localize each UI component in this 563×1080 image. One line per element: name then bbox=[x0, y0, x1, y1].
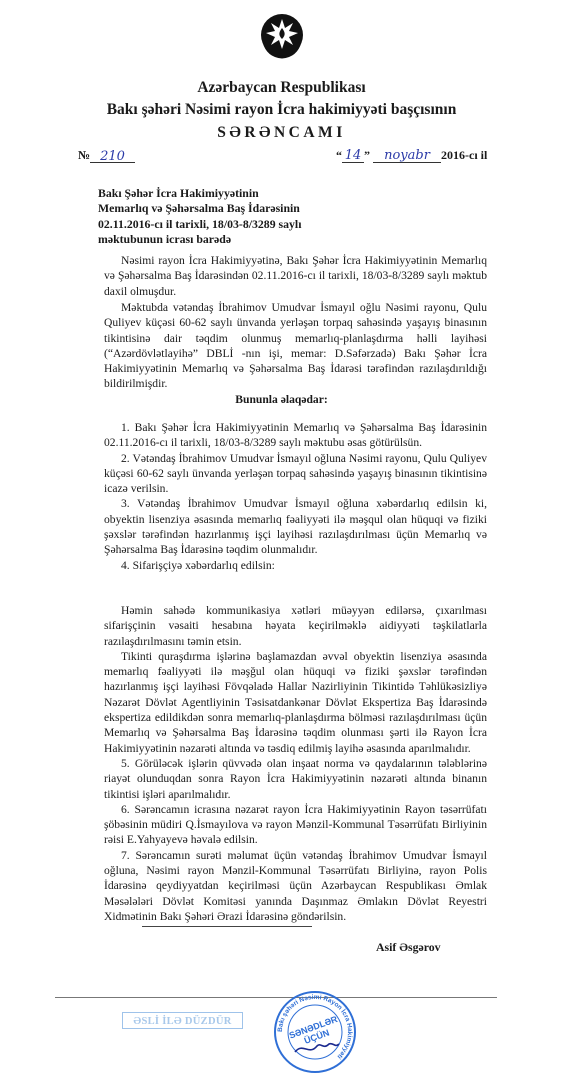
date-day: 14 bbox=[345, 148, 362, 163]
intro-paragraph: Nəsimi rayon İcra Hakimiyyətinə, Bakı Şə… bbox=[104, 253, 487, 299]
date-month: noyabr bbox=[384, 148, 430, 163]
signer-name: Asif Əsgərov bbox=[376, 940, 441, 955]
resolution-item: 5. Görüləcək işlərin qüvvədə olan inşaat… bbox=[104, 756, 487, 802]
letter-summary-section: Məktubda vətəndaş İbrahimov Umudvar İsma… bbox=[104, 300, 487, 392]
resolution-item: Tikinti quraşdırma işlərinə başlamazdan … bbox=[104, 649, 487, 756]
certified-copy-stamp: ƏSLİ İLƏ DÜZDÜR bbox=[122, 1012, 243, 1029]
document-title: SƏRƏNCAMI bbox=[0, 124, 563, 142]
resolution-items-part2: Həmin sahədə kommunikasiya xətləri müəyy… bbox=[104, 603, 487, 924]
subject-line: məktubunun icrası barədə bbox=[98, 232, 302, 247]
subject-line: Bakı Şəhər İcra Hakimiyyətinin bbox=[98, 186, 302, 201]
subject-line: 02.11.2016-cı il tarixli, 18/03-8/3289 s… bbox=[98, 217, 302, 232]
subject-block: Bakı Şəhər İcra Hakimiyyətinin Memarlıq … bbox=[98, 186, 302, 247]
document-date: “14” noyabr2016-cı il bbox=[336, 148, 487, 163]
state-emblem-icon bbox=[258, 12, 306, 60]
round-seal-icon: Bakı şəhəri Nəsimi Rayon İcra Hakimiyyət… bbox=[273, 990, 357, 1074]
intro-paragraph: Məktubda vətəndaş İbrahimov Umudvar İsma… bbox=[104, 300, 487, 392]
resolution-heading: Bununla əlaqədar: bbox=[0, 393, 563, 406]
resolution-items-part1: 1. Bakı Şəhər İcra Hakimiyyətinin Memarl… bbox=[104, 420, 487, 573]
intro-section: Nəsimi rayon İcra Hakimiyyətinə, Bakı Şə… bbox=[104, 253, 487, 299]
number-prefix: № bbox=[78, 148, 90, 162]
date-close-quote: ” bbox=[364, 148, 370, 162]
resolution-item: 4. Sifarişçiyə xəbərdarlıq edilsin: bbox=[104, 558, 487, 573]
subject-line: Memarlıq və Şəhərsalma Baş İdarəsinin bbox=[98, 201, 302, 216]
number-value: 210 bbox=[100, 149, 125, 164]
country-heading: Azərbaycan Respublikası bbox=[0, 79, 563, 97]
resolution-item: 3. Vətəndaş İbrahimov Umudvar İsmayıl oğ… bbox=[104, 496, 487, 557]
resolution-item: 7. Sərəncamın surəti məlumat üçün vətənd… bbox=[104, 848, 487, 924]
resolution-item: Həmin sahədə kommunikasiya xətləri müəyy… bbox=[104, 603, 487, 649]
pen-underline bbox=[142, 926, 312, 927]
resolution-item: 2. Vətəndaş İbrahimov Umudvar İsmayıl oğ… bbox=[104, 451, 487, 497]
office-heading: Bakı şəhəri Nəsimi rayon İcra hakimiyyət… bbox=[0, 101, 563, 119]
date-year: 2016-cı il bbox=[441, 148, 487, 162]
resolution-item: 1. Bakı Şəhər İcra Hakimiyyətinin Memarl… bbox=[104, 420, 487, 451]
document-number: №210 bbox=[78, 148, 135, 163]
resolution-item: 6. Sərəncamın icrasına nəzarət rayon İcr… bbox=[104, 802, 487, 848]
signature-stroke bbox=[295, 1044, 339, 1052]
